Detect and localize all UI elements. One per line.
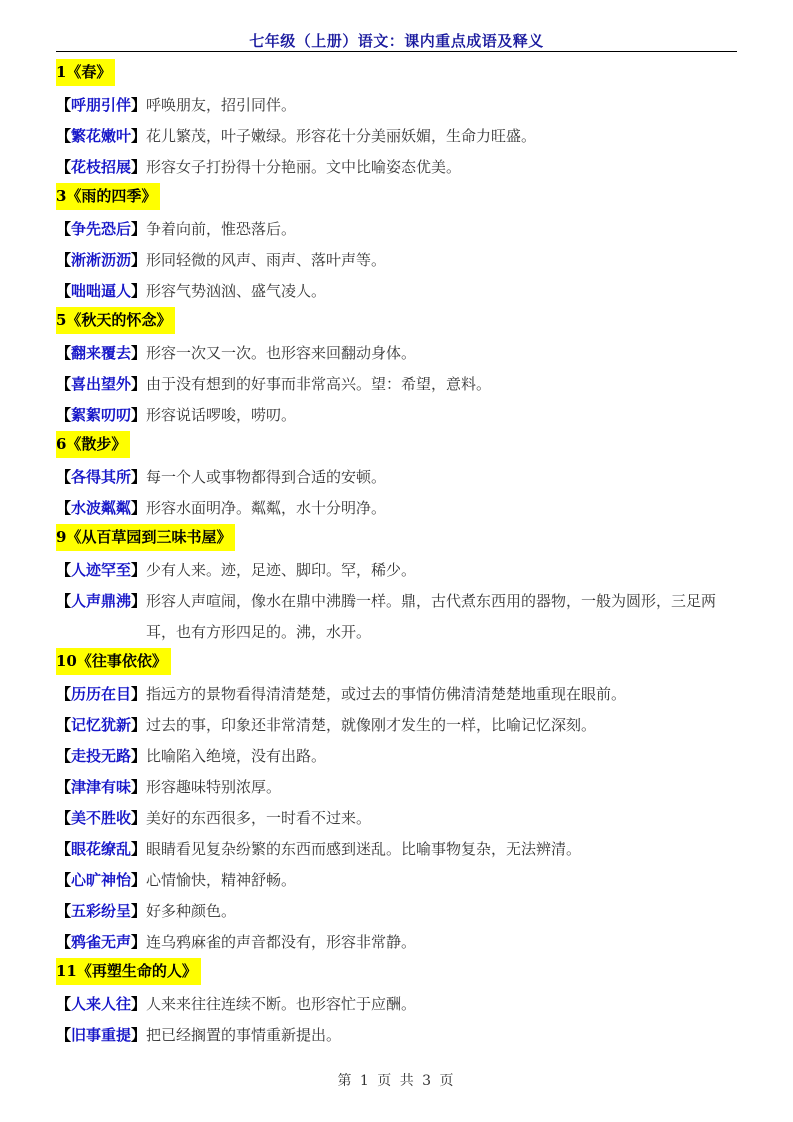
idiom-term: 历历在目 — [71, 685, 131, 703]
open-bracket: 【 — [56, 809, 71, 827]
idiom-definition: 形容气势汹汹、盛气凌人。 — [146, 276, 746, 307]
idiom-term: 五彩纷呈 — [71, 902, 131, 920]
document-title: 七年级（上册）语文：课内重点成语及释义 — [0, 30, 793, 51]
close-bracket: 】 — [131, 716, 146, 734]
close-bracket: 】 — [131, 1026, 146, 1044]
lesson-title: 10《往事依依》 — [56, 648, 171, 675]
idiom-term-wrap: 【鸦雀无声】 — [56, 927, 146, 958]
idiom-definition: 把已经搁置的事情重新提出。 — [146, 1020, 746, 1051]
idiom-definition: 形容水面明净。粼粼，水十分明净。 — [146, 493, 746, 524]
idiom-term-wrap: 【各得其所】 — [56, 462, 146, 493]
idiom-definition: 形容趣味特别浓厚。 — [146, 772, 746, 803]
idiom-definition: 比喻陷入绝境，没有出路。 — [146, 741, 746, 772]
close-bracket: 】 — [131, 685, 146, 703]
idiom-term: 美不胜收 — [71, 809, 131, 827]
idiom-definition: 由于没有想到的好事而非常高兴。望：希望，意料。 — [146, 369, 746, 400]
close-bracket: 】 — [131, 499, 146, 517]
open-bracket: 【 — [56, 592, 71, 610]
idiom-term-wrap: 【历历在目】 — [56, 679, 146, 710]
open-bracket: 【 — [56, 158, 71, 176]
idiom-entry: 【淅淅沥沥】形同轻微的风声、雨声、落叶声等。 — [56, 245, 746, 276]
idiom-term: 翻来覆去 — [71, 344, 131, 362]
idiom-term-wrap: 【争先恐后】 — [56, 214, 146, 245]
idiom-definition: 形容人声喧闹，像水在鼎中沸腾一样。鼎，古代煮东西用的器物，一般为圆形，三足两耳，… — [146, 586, 746, 648]
idiom-entry: 【争先恐后】争着向前，惟恐落后。 — [56, 214, 746, 245]
idiom-term: 争先恐后 — [71, 220, 131, 238]
lesson-section: 1《春》【呼朋引伴】呼唤朋友，招引同伴。【繁花嫩叶】花儿繁茂，叶子嫩绿。形容花十… — [56, 59, 746, 183]
close-bracket: 】 — [131, 158, 146, 176]
idiom-definition: 心情愉快，精神舒畅。 — [146, 865, 746, 896]
idiom-term: 记忆犹新 — [71, 716, 131, 734]
idiom-definition: 少有人来。迹，足迹、脚印。罕，稀少。 — [146, 555, 746, 586]
idiom-definition: 每一个人或事物都得到合适的安顿。 — [146, 462, 746, 493]
lesson-section: 5《秋天的怀念》【翻来覆去】形容一次又一次。也形容来回翻动身体。【喜出望外】由于… — [56, 307, 746, 431]
idiom-term-wrap: 【旧事重提】 — [56, 1020, 146, 1051]
lesson-title: 9《从百草园到三味书屋》 — [56, 524, 235, 551]
close-bracket: 】 — [131, 282, 146, 300]
idiom-entry: 【繁花嫩叶】花儿繁茂，叶子嫩绿。形容花十分美丽妖媚，生命力旺盛。 — [56, 121, 746, 152]
idiom-term: 淅淅沥沥 — [71, 251, 131, 269]
idiom-term-wrap: 【花枝招展】 — [56, 152, 146, 183]
open-bracket: 【 — [56, 282, 71, 300]
lesson-title: 1《春》 — [56, 59, 115, 86]
idiom-term: 各得其所 — [71, 468, 131, 486]
open-bracket: 【 — [56, 251, 71, 269]
idiom-term-wrap: 【心旷神怡】 — [56, 865, 146, 896]
lesson-section: 9《从百草园到三味书屋》【人迹罕至】少有人来。迹，足迹、脚印。罕，稀少。【人声鼎… — [56, 524, 746, 648]
idiom-definition: 形同轻微的风声、雨声、落叶声等。 — [146, 245, 746, 276]
idiom-term: 旧事重提 — [71, 1026, 131, 1044]
idiom-term-wrap: 【五彩纷呈】 — [56, 896, 146, 927]
idiom-term-wrap: 【走投无路】 — [56, 741, 146, 772]
close-bracket: 】 — [131, 933, 146, 951]
idiom-term-wrap: 【人迹罕至】 — [56, 555, 146, 586]
idiom-term: 繁花嫩叶 — [71, 127, 131, 145]
idiom-definition: 过去的事，印象还非常清楚，就像刚才发生的一样，比喻记忆深刻。 — [146, 710, 746, 741]
open-bracket: 【 — [56, 406, 71, 424]
open-bracket: 【 — [56, 375, 71, 393]
open-bracket: 【 — [56, 747, 71, 765]
idiom-term-wrap: 【水波粼粼】 — [56, 493, 146, 524]
idiom-term: 水波粼粼 — [71, 499, 131, 517]
idiom-entry: 【各得其所】每一个人或事物都得到合适的安顿。 — [56, 462, 746, 493]
lesson-title: 5《秋天的怀念》 — [56, 307, 175, 334]
lesson-section: 11《再塑生命的人》【人来人往】人来来往往连续不断。也形容忙于应酬。【旧事重提】… — [56, 958, 746, 1051]
idiom-entry: 【旧事重提】把已经搁置的事情重新提出。 — [56, 1020, 746, 1051]
idiom-entry: 【心旷神怡】心情愉快，精神舒畅。 — [56, 865, 746, 896]
lesson-title: 11《再塑生命的人》 — [56, 958, 201, 985]
idiom-term: 心旷神怡 — [71, 871, 131, 889]
close-bracket: 】 — [131, 778, 146, 796]
idiom-entry: 【人迹罕至】少有人来。迹，足迹、脚印。罕，稀少。 — [56, 555, 746, 586]
idiom-entry: 【人声鼎沸】形容人声喧闹，像水在鼎中沸腾一样。鼎，古代煮东西用的器物，一般为圆形… — [56, 586, 746, 648]
close-bracket: 】 — [131, 871, 146, 889]
close-bracket: 】 — [131, 592, 146, 610]
idiom-term: 人迹罕至 — [71, 561, 131, 579]
open-bracket: 【 — [56, 995, 71, 1013]
close-bracket: 】 — [131, 406, 146, 424]
idiom-definition: 呼唤朋友，招引同伴。 — [146, 90, 746, 121]
lesson-title: 6《散步》 — [56, 431, 130, 458]
idiom-term-wrap: 【美不胜收】 — [56, 803, 146, 834]
idiom-term-wrap: 【咄咄逼人】 — [56, 276, 146, 307]
idiom-term-wrap: 【繁花嫩叶】 — [56, 121, 146, 152]
idiom-term: 喜出望外 — [71, 375, 131, 393]
close-bracket: 】 — [131, 902, 146, 920]
page-number: 第 1 页 共 3 页 — [0, 1070, 793, 1090]
idiom-term: 人声鼎沸 — [71, 592, 131, 610]
open-bracket: 【 — [56, 933, 71, 951]
open-bracket: 【 — [56, 1026, 71, 1044]
open-bracket: 【 — [56, 840, 71, 858]
idiom-term-wrap: 【絮絮叨叨】 — [56, 400, 146, 431]
open-bracket: 【 — [56, 96, 71, 114]
idiom-entry: 【五彩纷呈】好多种颜色。 — [56, 896, 746, 927]
close-bracket: 】 — [131, 127, 146, 145]
idiom-entry: 【鸦雀无声】连乌鸦麻雀的声音都没有，形容非常静。 — [56, 927, 746, 958]
idiom-term: 呼朋引伴 — [71, 96, 131, 114]
document-body: 1《春》【呼朋引伴】呼唤朋友，招引同伴。【繁花嫩叶】花儿繁茂，叶子嫩绿。形容花十… — [56, 59, 746, 1051]
idiom-term-wrap: 【人来人往】 — [56, 989, 146, 1020]
open-bracket: 【 — [56, 344, 71, 362]
lesson-title: 3《雨的四季》 — [56, 183, 160, 210]
open-bracket: 【 — [56, 499, 71, 517]
idiom-entry: 【水波粼粼】形容水面明净。粼粼，水十分明净。 — [56, 493, 746, 524]
close-bracket: 】 — [131, 96, 146, 114]
idiom-definition: 形容说话啰唆，唠叨。 — [146, 400, 746, 431]
idiom-definition: 形容一次又一次。也形容来回翻动身体。 — [146, 338, 746, 369]
idiom-entry: 【翻来覆去】形容一次又一次。也形容来回翻动身体。 — [56, 338, 746, 369]
idiom-term-wrap: 【淅淅沥沥】 — [56, 245, 146, 276]
open-bracket: 【 — [56, 778, 71, 796]
idiom-term-wrap: 【喜出望外】 — [56, 369, 146, 400]
idiom-term: 眼花缭乱 — [71, 840, 131, 858]
lesson-section: 3《雨的四季》【争先恐后】争着向前，惟恐落后。【淅淅沥沥】形同轻微的风声、雨声、… — [56, 183, 746, 307]
idiom-entry: 【咄咄逼人】形容气势汹汹、盛气凌人。 — [56, 276, 746, 307]
idiom-term: 津津有味 — [71, 778, 131, 796]
close-bracket: 】 — [131, 809, 146, 827]
idiom-term: 絮絮叨叨 — [71, 406, 131, 424]
open-bracket: 【 — [56, 220, 71, 238]
open-bracket: 【 — [56, 902, 71, 920]
open-bracket: 【 — [56, 716, 71, 734]
idiom-term: 走投无路 — [71, 747, 131, 765]
open-bracket: 【 — [56, 871, 71, 889]
close-bracket: 】 — [131, 840, 146, 858]
idiom-entry: 【历历在目】指远方的景物看得清清楚楚，或过去的事情仿佛清清楚楚地重现在眼前。 — [56, 679, 746, 710]
close-bracket: 】 — [131, 344, 146, 362]
idiom-term-wrap: 【呼朋引伴】 — [56, 90, 146, 121]
idiom-definition: 指远方的景物看得清清楚楚，或过去的事情仿佛清清楚楚地重现在眼前。 — [146, 679, 746, 710]
idiom-entry: 【絮絮叨叨】形容说话啰唆，唠叨。 — [56, 400, 746, 431]
idiom-entry: 【美不胜收】美好的东西很多，一时看不过来。 — [56, 803, 746, 834]
idiom-term: 咄咄逼人 — [71, 282, 131, 300]
idiom-entry: 【津津有味】形容趣味特别浓厚。 — [56, 772, 746, 803]
idiom-entry: 【眼花缭乱】眼睛看见复杂纷繁的东西而感到迷乱。比喻事物复杂，无法辨清。 — [56, 834, 746, 865]
idiom-definition: 眼睛看见复杂纷繁的东西而感到迷乱。比喻事物复杂，无法辨清。 — [146, 834, 746, 865]
idiom-definition: 美好的东西很多，一时看不过来。 — [146, 803, 746, 834]
lesson-section: 6《散步》【各得其所】每一个人或事物都得到合适的安顿。【水波粼粼】形容水面明净。… — [56, 431, 746, 524]
idiom-entry: 【喜出望外】由于没有想到的好事而非常高兴。望：希望，意料。 — [56, 369, 746, 400]
open-bracket: 【 — [56, 127, 71, 145]
idiom-entry: 【记忆犹新】过去的事，印象还非常清楚，就像刚才发生的一样，比喻记忆深刻。 — [56, 710, 746, 741]
idiom-definition: 连乌鸦麻雀的声音都没有，形容非常静。 — [146, 927, 746, 958]
idiom-definition: 花儿繁茂，叶子嫩绿。形容花十分美丽妖媚，生命力旺盛。 — [146, 121, 746, 152]
open-bracket: 【 — [56, 468, 71, 486]
lesson-section: 10《往事依依》【历历在目】指远方的景物看得清清楚楚，或过去的事情仿佛清清楚楚地… — [56, 648, 746, 958]
idiom-term: 鸦雀无声 — [71, 933, 131, 951]
idiom-term-wrap: 【翻来覆去】 — [56, 338, 146, 369]
idiom-entry: 【人来人往】人来来往往连续不断。也形容忙于应酬。 — [56, 989, 746, 1020]
idiom-definition: 好多种颜色。 — [146, 896, 746, 927]
close-bracket: 】 — [131, 561, 146, 579]
idiom-term-wrap: 【津津有味】 — [56, 772, 146, 803]
idiom-entry: 【呼朋引伴】呼唤朋友，招引同伴。 — [56, 90, 746, 121]
header-divider — [56, 51, 737, 52]
close-bracket: 】 — [131, 747, 146, 765]
open-bracket: 【 — [56, 685, 71, 703]
idiom-entry: 【走投无路】比喻陷入绝境，没有出路。 — [56, 741, 746, 772]
idiom-definition: 争着向前，惟恐落后。 — [146, 214, 746, 245]
idiom-definition: 人来来往往连续不断。也形容忙于应酬。 — [146, 989, 746, 1020]
idiom-term-wrap: 【人声鼎沸】 — [56, 586, 146, 648]
close-bracket: 】 — [131, 375, 146, 393]
idiom-term-wrap: 【记忆犹新】 — [56, 710, 146, 741]
idiom-entry: 【花枝招展】形容女子打扮得十分艳丽。文中比喻姿态优美。 — [56, 152, 746, 183]
idiom-definition: 形容女子打扮得十分艳丽。文中比喻姿态优美。 — [146, 152, 746, 183]
close-bracket: 】 — [131, 468, 146, 486]
close-bracket: 】 — [131, 220, 146, 238]
idiom-term: 花枝招展 — [71, 158, 131, 176]
close-bracket: 】 — [131, 251, 146, 269]
idiom-term: 人来人往 — [71, 995, 131, 1013]
idiom-term-wrap: 【眼花缭乱】 — [56, 834, 146, 865]
open-bracket: 【 — [56, 561, 71, 579]
close-bracket: 】 — [131, 995, 146, 1013]
